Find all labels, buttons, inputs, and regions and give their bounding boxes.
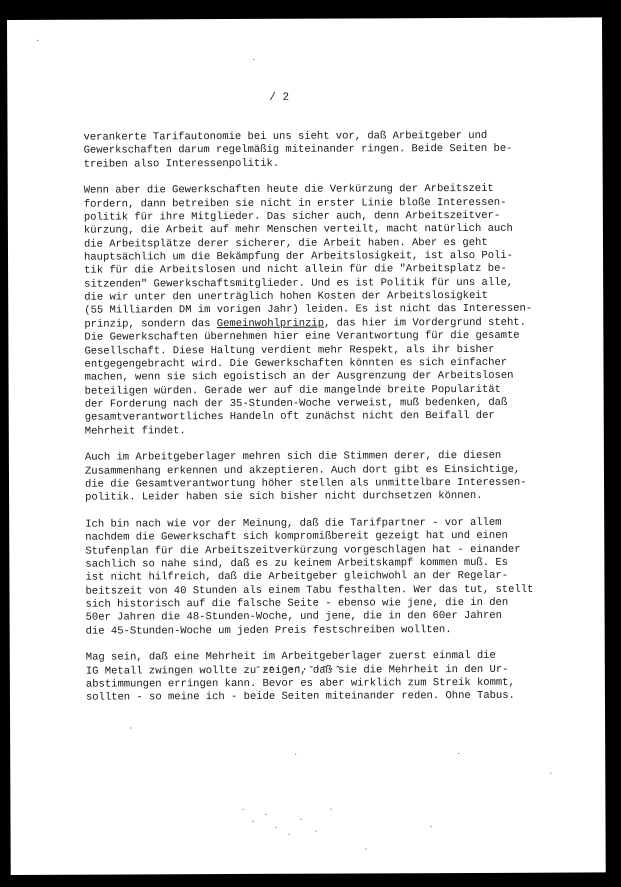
paragraph-3: Auch im Arbeitgeberlager mehren sich die… bbox=[85, 450, 585, 506]
underlined-term: Gemeinwohlprinzip bbox=[217, 317, 324, 329]
text-segment: prinzip, sondern das bbox=[84, 318, 217, 331]
text-line: politik. Leider haben sie sich bisher ni… bbox=[85, 490, 585, 506]
scan-noise bbox=[276, 827, 277, 828]
scan-noise bbox=[366, 848, 367, 849]
scan-noise bbox=[253, 59, 254, 60]
text-line: die 45-Stunden-Woche um jeden Preis fest… bbox=[86, 623, 586, 639]
text-line: sitzenden" Gewerkschaftsmitglieder. Und … bbox=[84, 276, 584, 292]
scan-noise bbox=[265, 814, 266, 815]
text-line: kürzung, die Arbeit auf mehr Menschen ve… bbox=[84, 223, 584, 239]
page-number: / 2 bbox=[269, 92, 289, 104]
scan-noise bbox=[550, 773, 551, 774]
scan-noise bbox=[330, 809, 331, 810]
scan-noise bbox=[295, 754, 296, 755]
document-body: verankerte Tarifautonomie bei uns sieht … bbox=[83, 129, 586, 718]
text-segment: , das hier im Vordergrund steht. bbox=[324, 317, 526, 330]
document-page: / 2 verankerte Tarifautonomie bei uns si… bbox=[7, 17, 606, 875]
text-line: sollten - so meine ich - beide Seiten mi… bbox=[86, 690, 586, 706]
text-line: machen, wenn sie sich egoistisch an der … bbox=[85, 370, 585, 386]
text-line: die die Gesamtverantwortung höher stelle… bbox=[85, 476, 585, 492]
scan-noise bbox=[458, 753, 459, 754]
scan-noise bbox=[130, 727, 131, 728]
scan-noise bbox=[242, 809, 243, 810]
end-marker: -.-.-.-.-.-.- bbox=[255, 662, 342, 674]
scan-noise bbox=[316, 831, 317, 832]
paragraph-5: Mag sein, daß eine Mehrheit im Arbeitgeb… bbox=[86, 650, 586, 706]
scan-noise bbox=[431, 826, 432, 827]
paragraph-2: Wenn aber die Gewerkschaften heute die V… bbox=[84, 183, 585, 439]
scan-noise bbox=[37, 40, 38, 41]
text-line: beitszeit von 40 Stunden als einem Tabu … bbox=[85, 583, 585, 599]
scan-noise bbox=[289, 834, 290, 835]
text-line: Gewerkschaften darum regelmäßig miteinan… bbox=[84, 143, 584, 159]
text-line: Stufenplan für die Arbeitszeitverkürzung… bbox=[85, 543, 585, 559]
paragraph-1: verankerte Tarifautonomie bei uns sieht … bbox=[83, 129, 583, 171]
text-line: hauptsächlich um die Bekämpfung der Arbe… bbox=[84, 250, 584, 266]
paragraph-4: Ich bin nach wie vor der Meinung, daß di… bbox=[85, 516, 586, 638]
scan-noise bbox=[252, 821, 253, 822]
scan-noise bbox=[300, 819, 301, 820]
text-line: treiben also Interessenpolitik. bbox=[84, 156, 584, 172]
text-line: Mehrheit findet. bbox=[85, 423, 585, 439]
text-line: Die Gewerkschaften übernehmen hier eine … bbox=[84, 330, 584, 346]
